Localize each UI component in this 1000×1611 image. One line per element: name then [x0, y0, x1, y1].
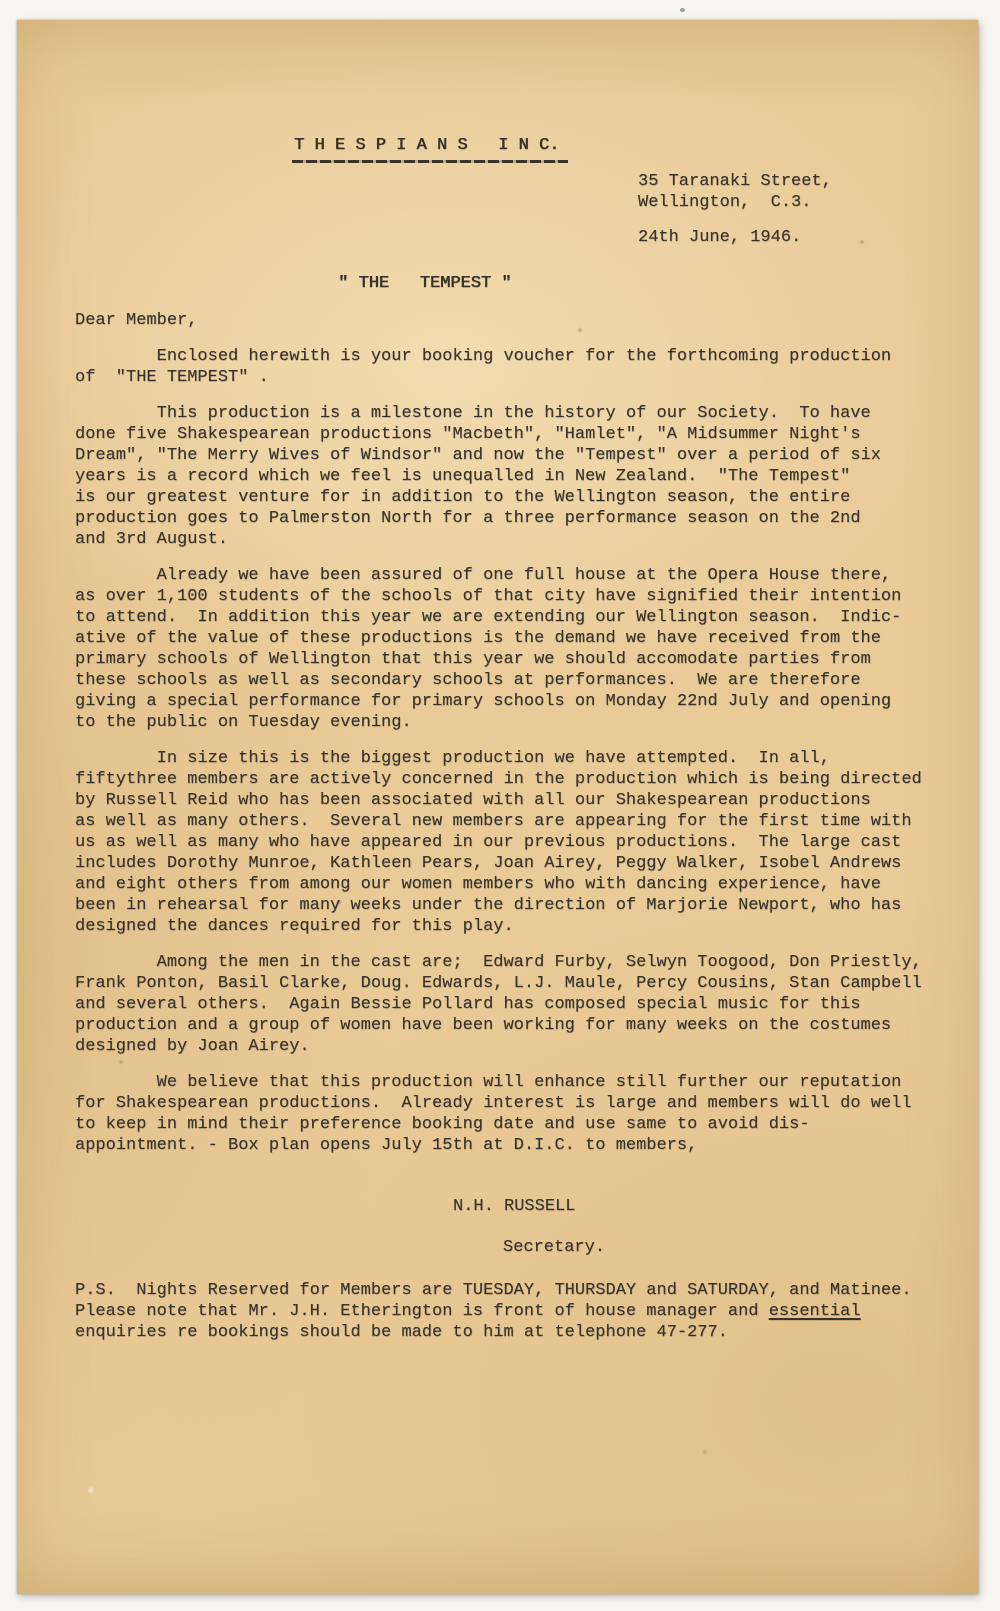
address-block: 35 Taranaki Street, Wellington, C.3.	[638, 171, 940, 213]
postscript-text-after: enquiries re bookings should be made to …	[75, 1323, 728, 1342]
postscript-underlined-word: essential	[769, 1302, 861, 1321]
paragraph-3: Already we have been assured of one full…	[75, 565, 940, 733]
paragraph-5: Among the men in the cast are; Edward Fu…	[75, 952, 940, 1057]
salutation: Dear Member,	[75, 310, 940, 331]
letter-date: 24th June, 1946.	[638, 227, 940, 248]
paragraph-6: We believe that this production will enh…	[75, 1072, 940, 1156]
subject-line: " THE TEMPEST "	[338, 273, 940, 294]
signature-name: N.H. RUSSELL	[453, 1196, 940, 1217]
address-line-1: 35 Taranaki Street,	[638, 171, 940, 192]
scanner-speck	[680, 8, 685, 12]
signature-title: Secretary.	[503, 1237, 940, 1258]
postscript: P.S. Nights Reserved for Members are TUE…	[75, 1280, 940, 1343]
paragraph-4: In size this is the biggest production w…	[75, 748, 940, 937]
paragraph-2: This production is a milestone in the hi…	[75, 403, 940, 550]
org-name-underline	[292, 160, 568, 163]
address-line-2: Wellington, C.3.	[638, 192, 940, 213]
paragraph-1: Enclosed herewith is your booking vouche…	[75, 346, 940, 388]
letter-page: T H E S P I A N S I N C. 35 Taranaki Str…	[17, 20, 978, 1594]
org-name: T H E S P I A N S I N C.	[294, 135, 940, 156]
